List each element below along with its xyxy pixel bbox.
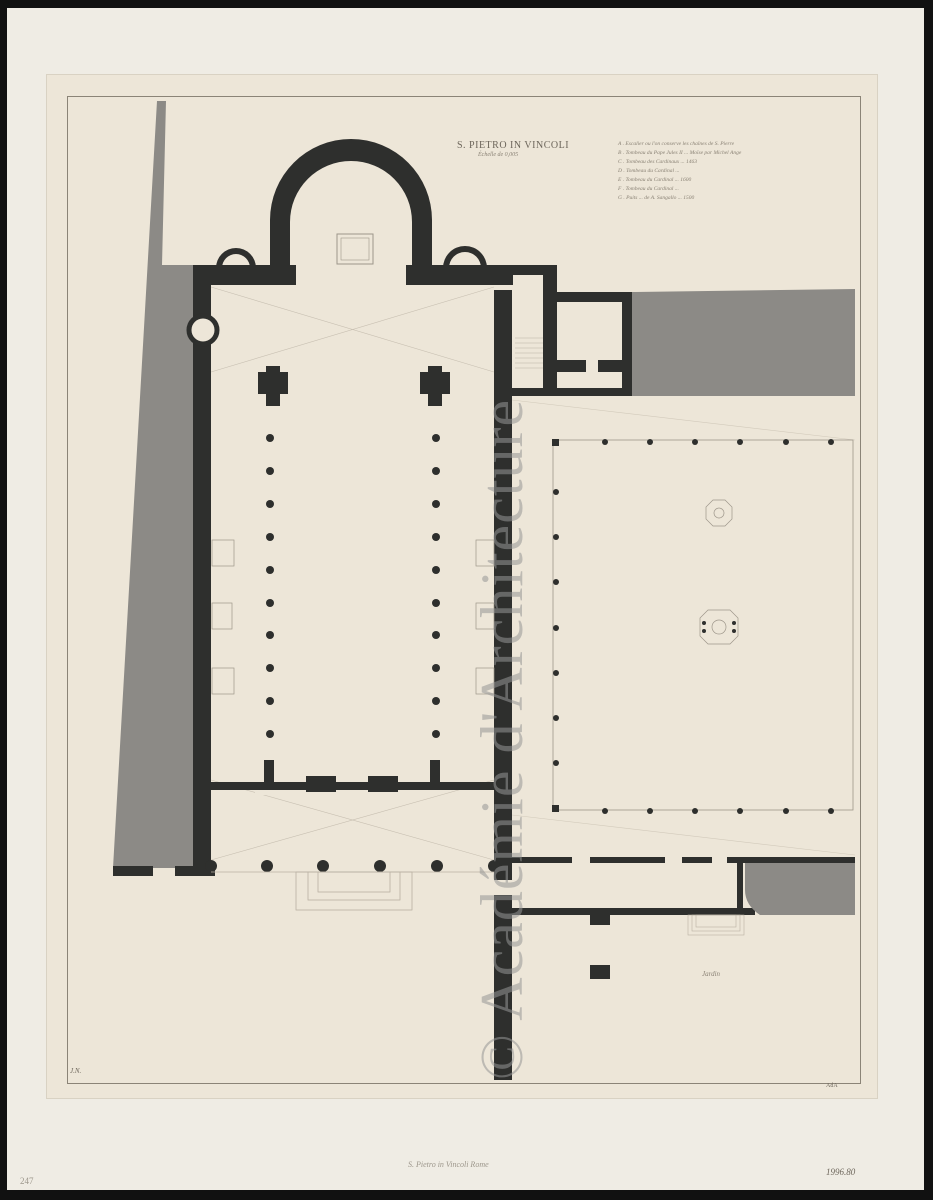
nave-west-wall bbox=[193, 265, 211, 875]
legend-item: F . Tombeau du Cardinal ... bbox=[618, 185, 741, 194]
floor-plan bbox=[0, 0, 933, 1200]
cloister-grid bbox=[512, 400, 855, 855]
legend-item: E . Tombeau du Cardinal ... 1600 bbox=[618, 176, 741, 185]
sacristy-walls bbox=[512, 265, 632, 396]
page-number: 247 bbox=[20, 1176, 34, 1186]
collection-stamp: AdA bbox=[826, 1083, 838, 1089]
legend-item: B . Tombeau du Pape Jules II ... Moïse p… bbox=[618, 149, 741, 158]
drawing-title: S. PIETRO IN VINCOLI bbox=[457, 140, 569, 151]
portico-columns bbox=[205, 860, 500, 872]
legend-item: G . Puits ... de A. Sangallo ... 1500 bbox=[618, 194, 741, 203]
stair bbox=[515, 338, 543, 368]
legend: A . Escalier ou l'on conserve les chaîne… bbox=[618, 140, 741, 203]
cloister-columns bbox=[552, 439, 834, 814]
legend-item: D . Tombeau du Cardinal ... bbox=[618, 167, 741, 176]
side-altars bbox=[212, 540, 494, 694]
legend-item: C . Tombeau des Cardinaux ... 1463 bbox=[618, 158, 741, 167]
signature: J.N. bbox=[70, 1067, 81, 1075]
garden-label: Jardin bbox=[702, 970, 720, 978]
garden-steps bbox=[688, 915, 744, 935]
neighbor-building-shade-2 bbox=[745, 863, 855, 915]
vault-lines bbox=[211, 287, 494, 860]
facade-wall bbox=[211, 760, 496, 792]
crossing-piers bbox=[258, 366, 450, 406]
nave-columns bbox=[266, 434, 440, 738]
cloister-court bbox=[553, 440, 853, 810]
drawing-scale: Échelle de 0,005 bbox=[478, 152, 518, 158]
mount-caption: S. Pietro in Vincoli Rome bbox=[408, 1160, 489, 1169]
street-shade bbox=[113, 101, 195, 868]
front-steps bbox=[296, 872, 412, 910]
watermark: © Académie d'Architecture bbox=[468, 399, 537, 1080]
catalog-number: 1996.80 bbox=[826, 1167, 855, 1177]
neighbor-building-shade bbox=[632, 289, 855, 396]
legend-item: A . Escalier ou l'on conserve les chaîne… bbox=[618, 140, 741, 149]
